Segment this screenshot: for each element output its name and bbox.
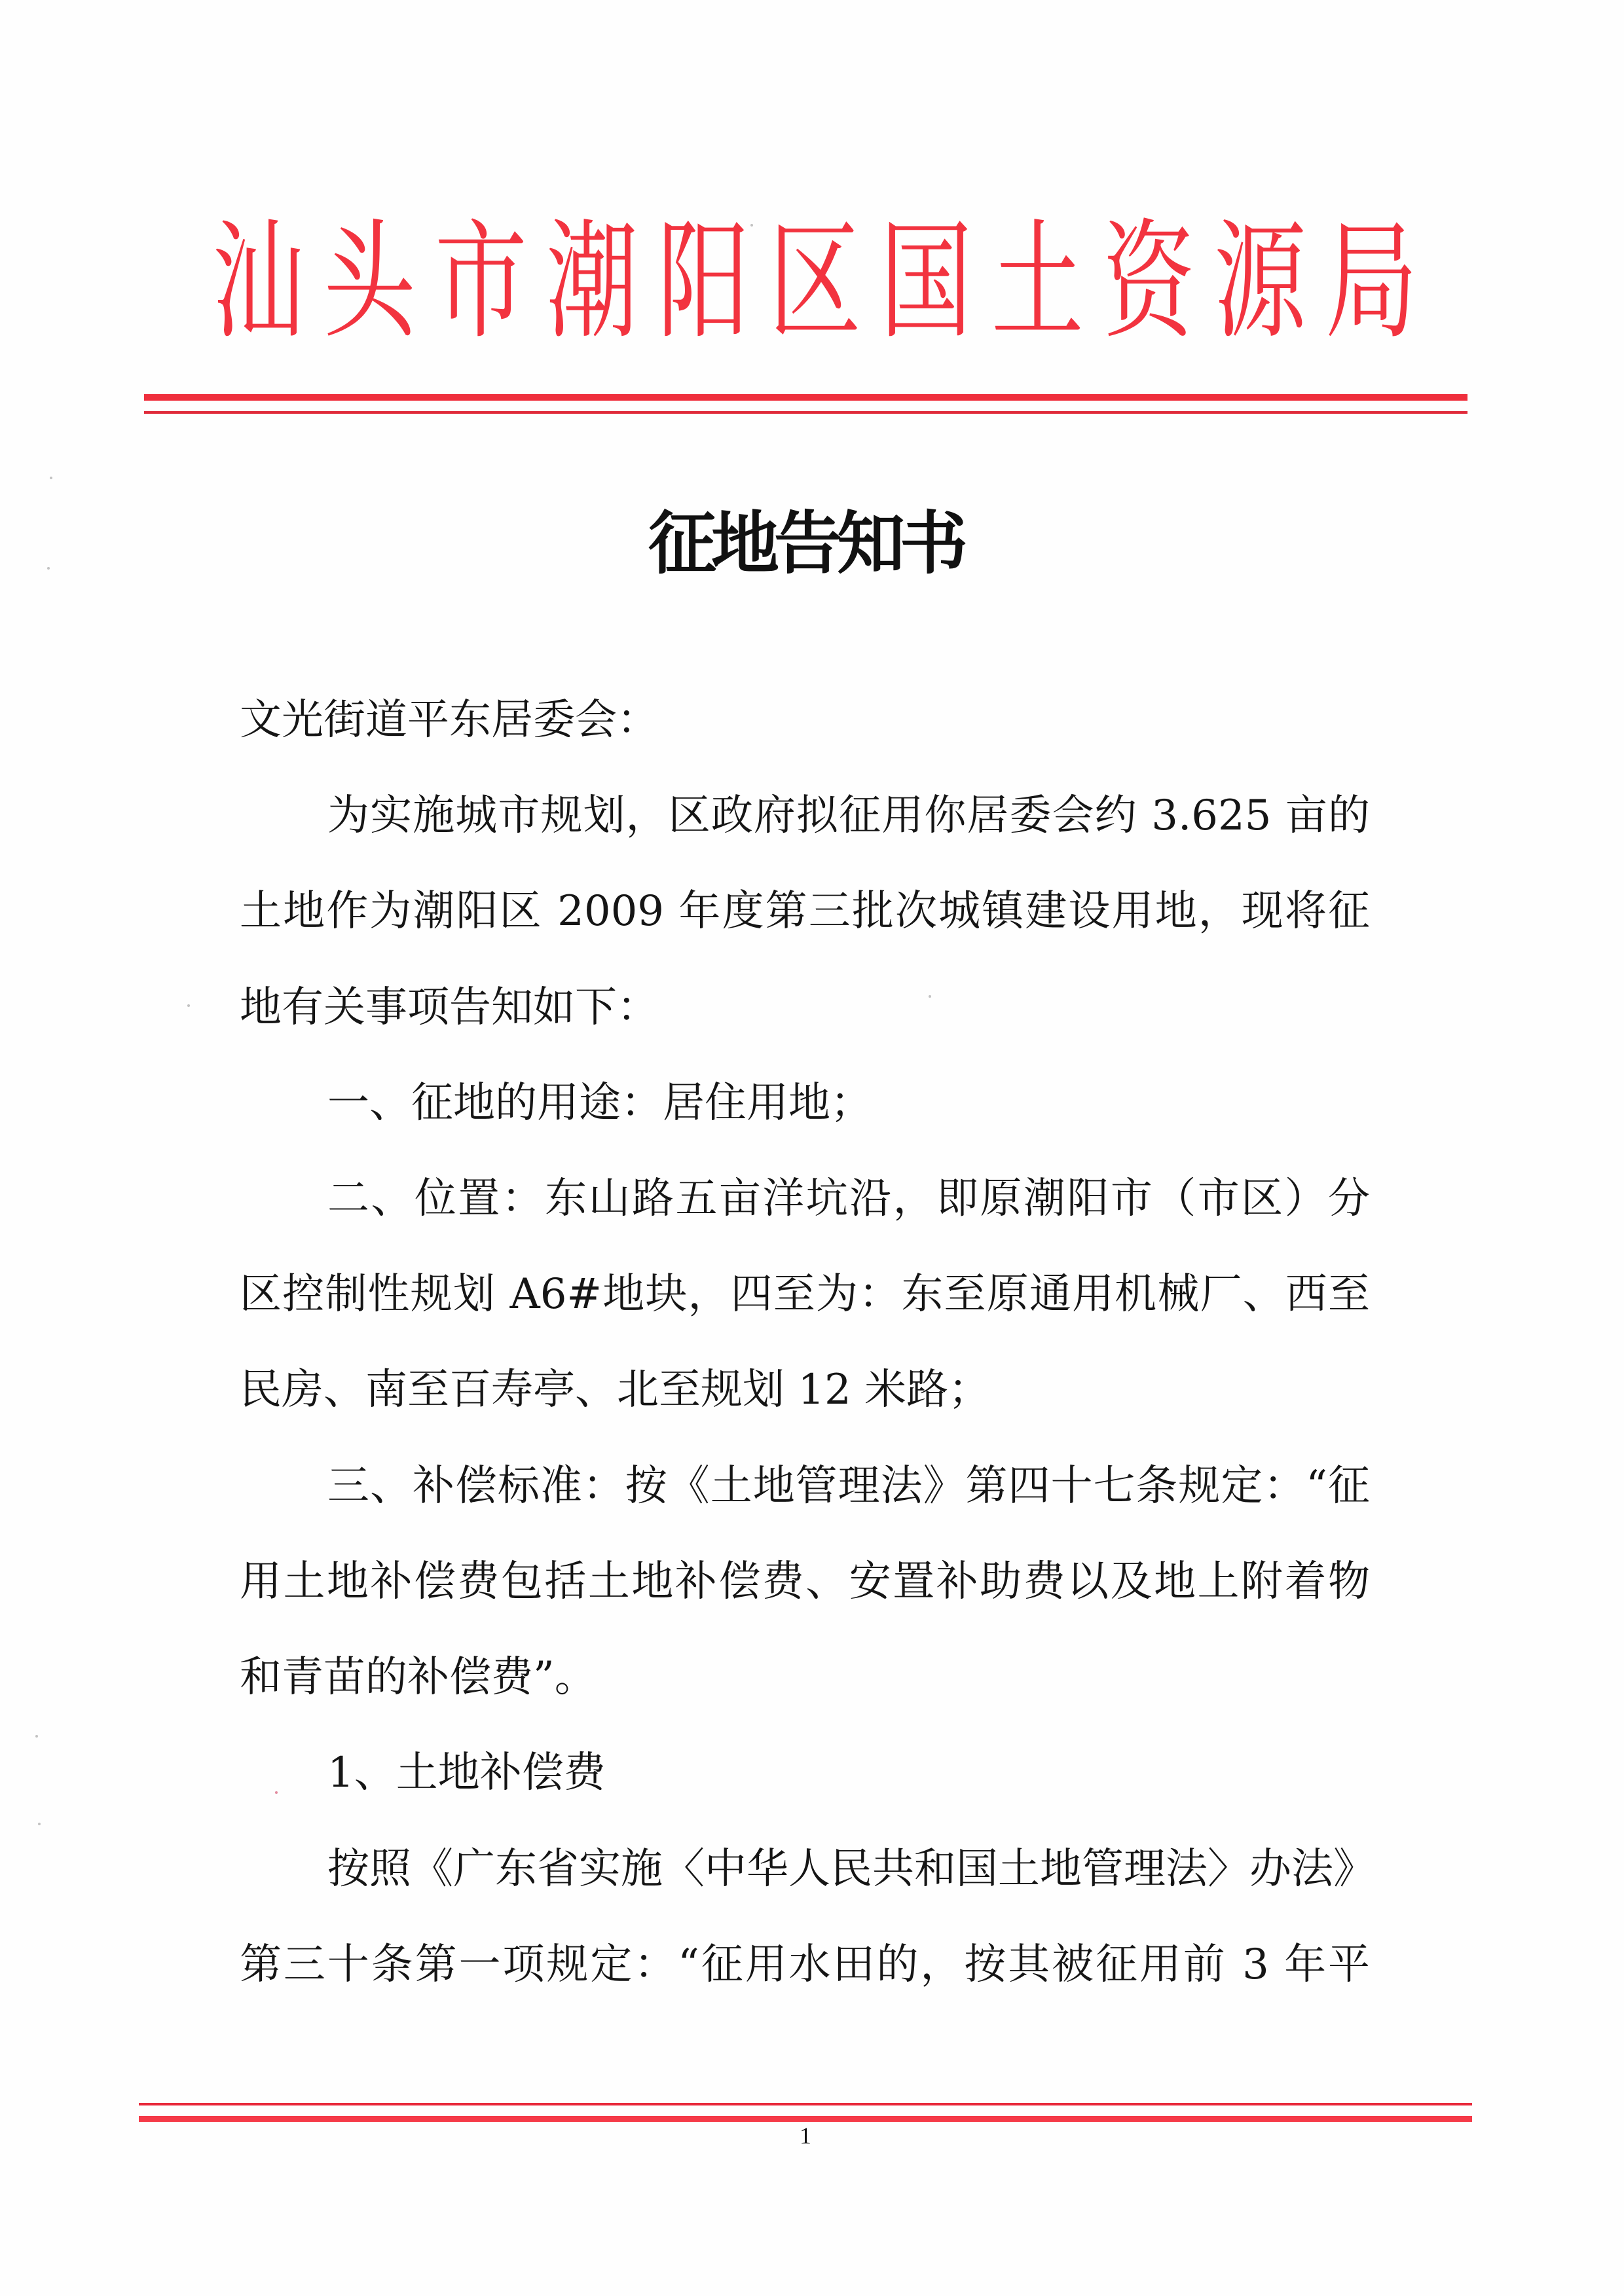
masthead-char: 区: [769, 208, 849, 359]
body-line: 和青苗的补偿费”。: [240, 1651, 597, 1704]
body-line: 三、补偿标准：按《土地管理法》第四十七条规定：“征: [327, 1460, 1370, 1512]
scan-speck: [47, 567, 50, 570]
footer-divider-thick: [139, 2116, 1472, 2122]
masthead-char: 源: [1214, 208, 1294, 359]
header-divider-thin: [144, 411, 1467, 414]
scan-speck: [275, 1791, 278, 1794]
document-page: 汕 头 市 潮 阳 区 国 土 资 源 局 征地告知书 文光街道平东居委会： 为…: [0, 0, 1624, 2296]
scan-speck: [929, 995, 931, 998]
scan-speck: [750, 224, 753, 227]
body-line: 为实施城市规划，区政府拟征用你居委会约 3.625 亩的: [327, 790, 1370, 842]
salutation-line: 文光街道平东居委会：: [240, 694, 659, 746]
body-line: 第三十条第一项规定：“征用水田的，按其被征用前 3 年平: [240, 1939, 1370, 1991]
masthead-char: 土: [991, 208, 1071, 359]
scan-speck: [187, 1004, 190, 1007]
masthead-char: 资: [1103, 208, 1183, 359]
document-title: 征地告知书: [642, 498, 969, 589]
masthead-char: 局: [1325, 208, 1405, 359]
masthead-char: 汕: [212, 208, 292, 359]
masthead-organization-name: 汕 头 市 潮 阳 区 国 土 资 源 局: [196, 208, 1414, 359]
masthead-char: 市: [435, 208, 515, 359]
masthead-char: 阳: [657, 208, 737, 359]
masthead-char: 潮: [546, 208, 626, 359]
body-line: 一、征地的用途：居住用地；: [327, 1077, 872, 1129]
section-heading-line: 1、土地补偿费: [327, 1747, 606, 1799]
body-line: 民房、南至百寿亭、北至规划 12 米路；: [240, 1364, 990, 1416]
body-line: 用土地补偿费包括土地补偿费、安置补助费以及地上附着物: [240, 1556, 1370, 1608]
body-line: 按照《广东省实施〈中华人民共和国土地管理法〉办法》: [327, 1843, 1375, 1895]
body-line: 土地作为潮阳区 2009 年度第三批次城镇建设用地，现将征: [240, 885, 1370, 938]
masthead-char: 头: [323, 208, 403, 359]
header-divider-thick: [144, 394, 1467, 401]
scan-speck: [38, 1823, 41, 1825]
body-line: 地有关事项告知如下：: [240, 981, 659, 1034]
body-line: 区控制性规划 A6#地块，四至为：东至原通用机械厂、西至: [240, 1268, 1370, 1321]
body-line: 二、位置：东山路五亩洋坑沿，即原潮阳市（市区）分: [327, 1173, 1370, 1225]
masthead-char: 国: [880, 208, 960, 359]
footer-divider-thin: [139, 2103, 1472, 2105]
page-number: 1: [796, 2124, 815, 2147]
scan-speck: [35, 1735, 38, 1738]
scan-speck: [50, 477, 52, 479]
